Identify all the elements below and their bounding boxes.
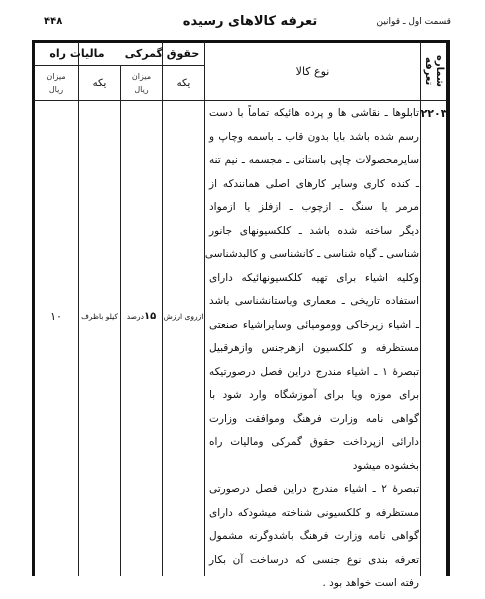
description-line: سایرمحصولات چاپی باستانی ـ مجسمه ـ نیم ت… [209,149,419,173]
description-line: رفته است خواهد بود . [209,572,419,596]
description-line: مرمر یا سنگ ـ ازچوب ـ ازفلز یا ازمواد [209,196,419,220]
description-line: گواهی نامه وزارت فرهنگ باشدوگرنه مشمول [209,525,419,549]
header-customs-duty: حقوق گمرکی [120,42,204,65]
description-line: مستظرفه و کلکسیون ازهرجنس وازهرقبیل [209,337,419,361]
header-road-tax-amount: میزان ریال [34,66,78,100]
road-tax-unit-cell: کیلو باظرف [79,306,120,326]
description-line: بخشوده میشود [209,455,419,479]
column-divider [204,42,205,576]
header-customs-unit: یکه [163,66,204,100]
description-line: تبصرهٔ ۱ ـ اشیاء مندرج دراین فصل درصورتی… [209,361,419,385]
description-line: شناسی ـ گیاه شناسی ـ کانشناسی و کالبدشنا… [209,243,419,267]
section-label: قسمت اول ـ قوانین [376,17,451,27]
description-line: دارائی ازپرداخت حقوق گمرکی ومالیات راه [209,431,419,455]
description-line: تعرفه بندی نوع جنسی که درساخت آن بکار [209,549,419,573]
description-line: استفاده تاریخی ـ معماری وباستانشناسی باش… [209,290,419,314]
description-line: تبصرهٔ ۲ ـ اشیاء مندرج دراین فصل درصورتی [209,478,419,502]
header-road-tax-unit: یکه [79,66,120,100]
description-line: ـ کنده کاری وسایر کارهای اصلی همانندکه ا… [209,173,419,197]
table-border-right [446,42,450,576]
goods-description: تابلوها ـ نقاشی ها و پرده هائیکه تماماً … [209,102,419,596]
tariff-table: شماره تعرفه نوع کالا حقوق گمرکی یکه میزا… [34,42,447,576]
description-line: تابلوها ـ نقاشی ها و پرده هائیکه تماماً … [209,102,419,126]
header-goods-type: نوع کالا [205,42,420,100]
description-line: برای موزه ویا برای آموزشگاه وارد شود با [209,384,419,408]
header-bottom-line [34,100,447,101]
description-line: مستظرفه و کلکسیونی شناخته میشودکه دارای [209,502,419,526]
description-line: وکلیه اشیاء برای تهیه کلکسیونهائیکه دارا… [209,267,419,291]
tariff-number-cell: ۲۲۰۳ [421,104,447,122]
road-tax-amount-cell: ۱۰ [34,306,78,326]
header-tariff-number: شماره تعرفه [421,42,447,100]
description-line: ـ اشیاء زیرخاکی وومومیائی وسایراشیاء صنع… [209,314,419,338]
description-line: رسم شده باشد بایا بدون قاب ـ باسمه وچاپ … [209,126,419,150]
customs-amount-cell: ۱۵درصد [121,306,162,326]
page-number: ۴۴۸ [44,16,62,27]
header-customs-amount: میزان ریال [121,66,162,100]
column-divider [420,42,421,576]
description-line: دیگر ساخته شده باشد ـ کلکسیونهای جانور [209,220,419,244]
page-header: ۴۴۸ تعرفه کالاهای رسیده قسمت اول ـ قوانی… [0,14,485,34]
page-title: تعرفه کالاهای رسیده [170,14,330,29]
header-road-tax: مالیات راه [34,42,120,65]
description-line: گواهی نامه وزارت فرهنگ وموافقت وزارت [209,408,419,432]
customs-unit-cell: ازروی ارزش [163,306,204,326]
